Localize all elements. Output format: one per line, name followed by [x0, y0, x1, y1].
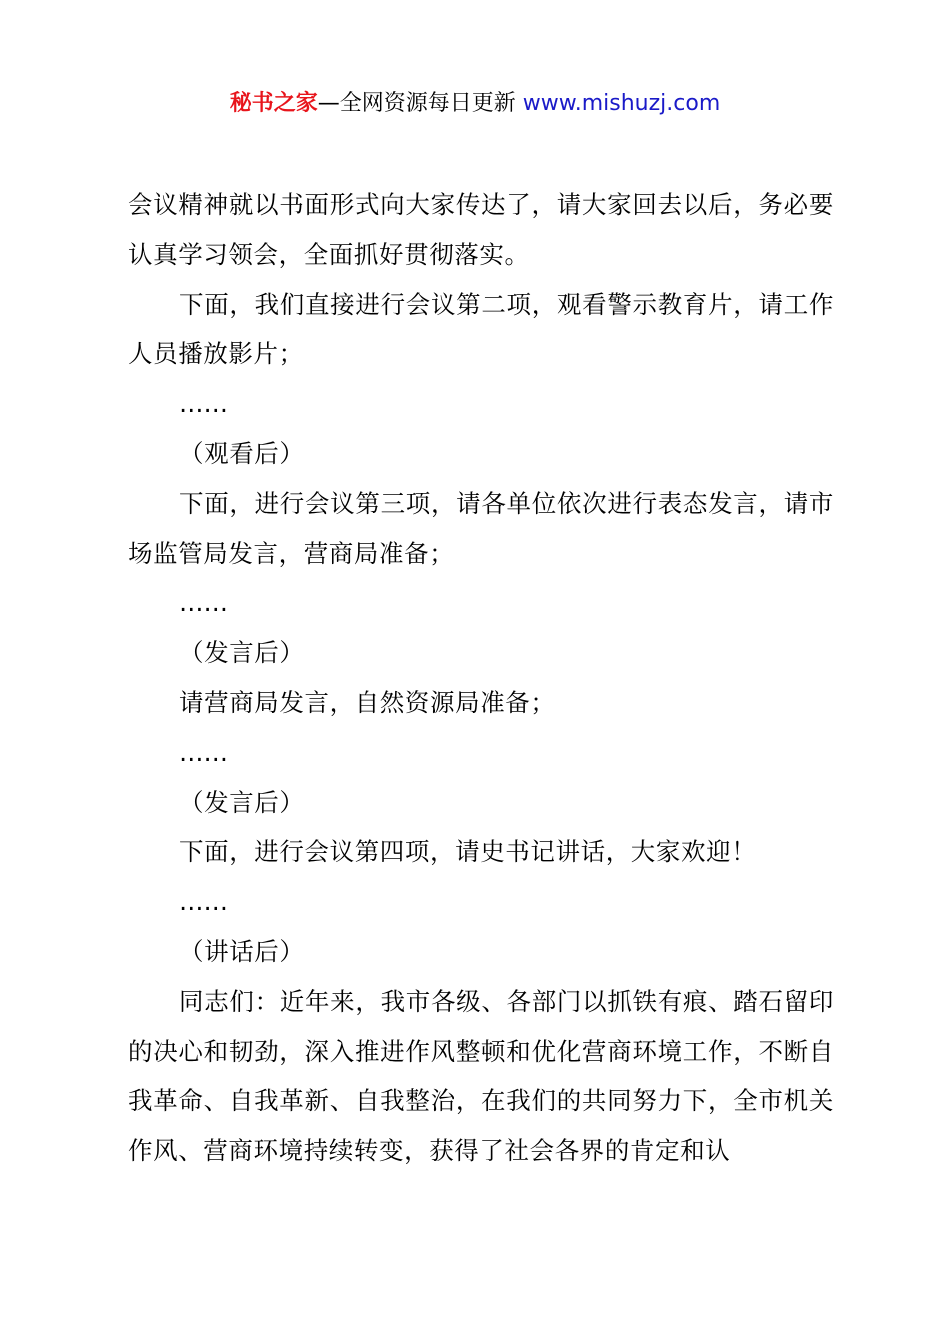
- paragraph-stage-note: （发言后）: [128, 778, 834, 828]
- paragraph-stage-note: （讲话后）: [128, 927, 834, 977]
- page-header: 秘书之家—全网资源每日更新 www.mishuzj.com: [0, 86, 950, 122]
- paragraph-agenda-item-2: 下面，我们直接进行会议第二项，观看警示教育片，请工作人员播放影片；: [128, 280, 834, 380]
- paragraph-agenda-item-3: 下面，进行会议第三项，请各单位依次进行表态发言，请市场监管局发言，营商局准备；: [128, 479, 834, 579]
- brand-name: 秘书之家: [230, 91, 318, 116]
- paragraph-ellipsis: ……: [128, 877, 834, 927]
- document-body: 会议精神就以书面形式向大家传达了，请大家回去以后，务必要认真学习领会，全面抓好贯…: [128, 180, 834, 1176]
- paragraph-next-speaker: 请营商局发言，自然资源局准备；: [128, 678, 834, 728]
- paragraph-stage-note: （发言后）: [128, 628, 834, 678]
- header-tagline: —全网资源每日更新: [318, 91, 523, 116]
- site-url-link[interactable]: www.mishuzj.com: [523, 91, 720, 116]
- paragraph-agenda-item-4: 下面，进行会议第四项，请史书记讲话，大家欢迎！: [128, 827, 834, 877]
- paragraph-continuation: 会议精神就以书面形式向大家传达了，请大家回去以后，务必要认真学习领会，全面抓好贯…: [128, 180, 834, 280]
- paragraph-stage-note: （观看后）: [128, 429, 834, 479]
- paragraph-ellipsis: ……: [128, 728, 834, 778]
- paragraph-ellipsis: ……: [128, 578, 834, 628]
- paragraph-ellipsis: ……: [128, 379, 834, 429]
- paragraph-speech-opening: 同志们：近年来，我市各级、各部门以抓铁有痕、踏石留印的决心和韧劲，深入推进作风整…: [128, 977, 834, 1176]
